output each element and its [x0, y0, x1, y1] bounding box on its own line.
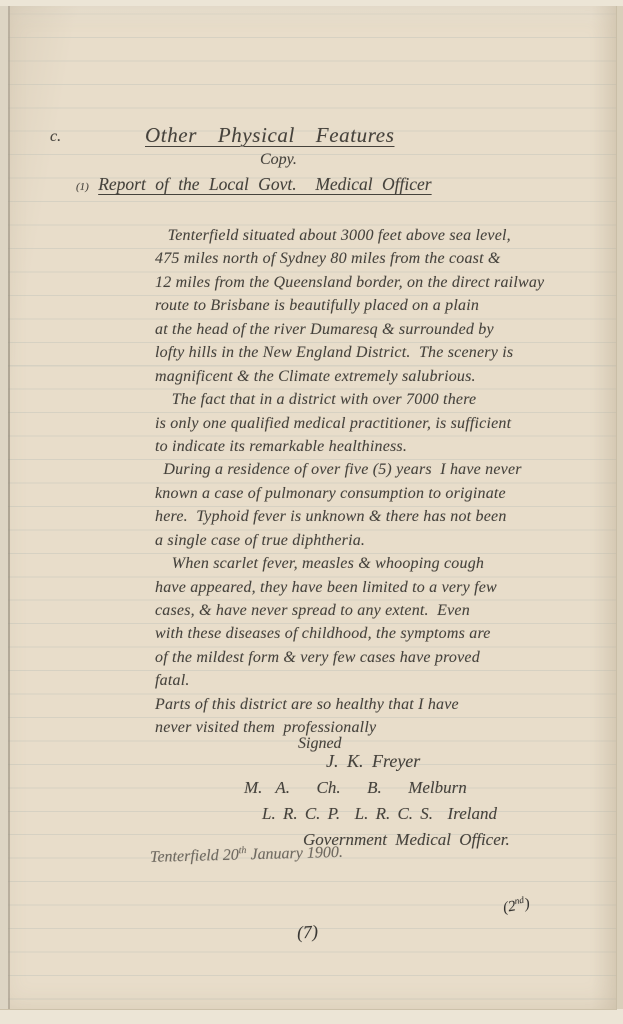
report-body: Tenterfield situated about 3000 feet abo… — [155, 224, 615, 740]
section-title: Other Physical Features — [145, 123, 394, 148]
manuscript-line: Parts of this district are so healthy th… — [155, 693, 615, 716]
manuscript-line: is only one qualified medical practition… — [155, 412, 615, 435]
manuscript-line: route to Brisbane is beautifully placed … — [155, 294, 615, 317]
manuscript-line: at the head of the river Dumaresq & surr… — [155, 318, 615, 341]
report-heading: (1) Report of the Local Govt. Medical Of… — [76, 174, 432, 195]
report-heading-text: Report of the Local Govt. Medical Office… — [98, 174, 431, 194]
manuscript-line: with these diseases of childhood, the sy… — [155, 622, 615, 645]
date-text: Tenterfield 20 — [150, 847, 239, 866]
manuscript-page: c. Other Physical Features Copy. (1) Rep… — [0, 0, 623, 1024]
copy-label: Copy. — [260, 151, 297, 169]
manuscript-line: have appeared, they have been limited to… — [155, 576, 615, 599]
manuscript-line: here. Typhoid fever is unknown & there h… — [155, 505, 615, 528]
page-right-edge — [617, 6, 623, 1009]
item-number: (1) — [76, 181, 89, 193]
signature-credentials-2: L. R. C. P. L. R. C. S. Ireland — [262, 804, 497, 824]
signature-credentials-1: M. A. Ch. B. Melburn — [244, 778, 467, 798]
spacer — [89, 174, 98, 194]
manuscript-line: fatal. — [155, 669, 615, 692]
date-text-rest: January 1900. — [246, 844, 343, 864]
manuscript-line: to indicate its remarkable healthiness. — [155, 435, 615, 458]
manuscript-line: lofty hills in the New England District.… — [155, 341, 615, 364]
manuscript-line: 475 miles north of Sydney 80 miles from … — [155, 247, 615, 270]
manuscript-line: never visited them professionally — [155, 716, 615, 739]
binding-crease-line — [8, 6, 10, 1009]
signature-name: J. K. Freyer — [326, 751, 420, 772]
manuscript-line: of the mildest form & very few cases hav… — [155, 646, 615, 669]
manuscript-line: magnificent & the Climate extremely salu… — [155, 365, 615, 388]
manuscript-line: When scarlet fever, measles & whooping c… — [155, 552, 615, 575]
manuscript-line: During a residence of over five (5) year… — [155, 458, 615, 481]
manuscript-line: The fact that in a district with over 70… — [155, 388, 615, 411]
manuscript-line: a single case of true diphtheria. — [155, 529, 615, 552]
page-number: (7) — [296, 921, 318, 943]
manuscript-line: cases, & have never spread to any extent… — [155, 599, 615, 622]
page-left-edge — [0, 6, 8, 1009]
manuscript-line: 12 miles from the Queensland border, on … — [155, 271, 615, 294]
manuscript-line: known a case of pulmonary consumption to… — [155, 482, 615, 505]
manuscript-line: Tenterfield situated about 3000 feet abo… — [155, 224, 615, 247]
margin-note: c. — [50, 128, 61, 146]
